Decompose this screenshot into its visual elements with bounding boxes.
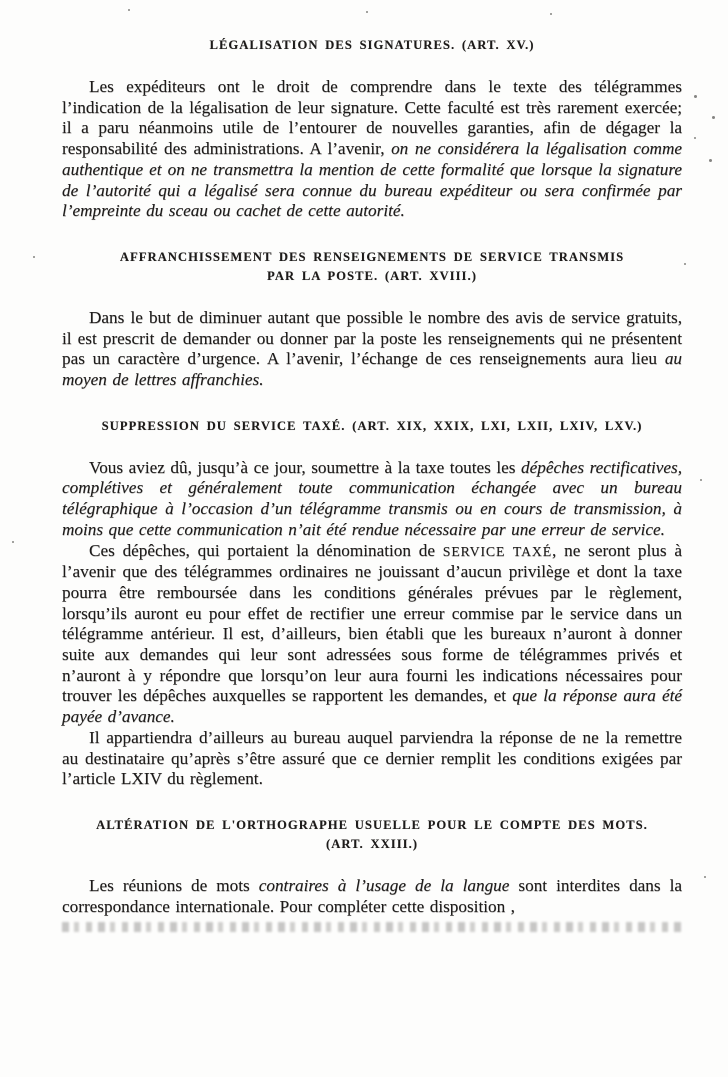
scan-speck: [12, 541, 14, 543]
scan-speck: [366, 11, 368, 13]
scan-speck: [700, 479, 702, 481]
document-section: LÉGALISATION DES SIGNATURES. (ART. XV.)L…: [62, 36, 682, 222]
heading-line: SUPPRESSION DU SERVICE TAXÉ. (ART. XIX, …: [62, 417, 682, 436]
text-run: SERVICE TAXÉ: [443, 544, 552, 559]
text-run: Dans le but de diminuer autant que possi…: [62, 308, 682, 368]
paragraph: Ces dépêches, qui portaient la dénominat…: [62, 541, 682, 728]
text-run: Il appartiendra d’ailleurs au bureau auq…: [62, 728, 682, 788]
heading-line: PAR LA POSTE. (ART. XVIII.): [62, 267, 682, 286]
scan-speck: [704, 876, 706, 878]
scan-speck: [33, 256, 35, 258]
heading-line: ALTÉRATION DE L'ORTHOGRAPHE USUELLE POUR…: [62, 816, 682, 835]
section-heading: AFFRANCHISSEMENT DES RENSEIGNEMENTS DE S…: [62, 248, 682, 286]
scan-speck: [709, 159, 712, 162]
paragraph: Les expéditeurs ont le droit de comprend…: [62, 77, 682, 222]
scanned-page: { "page": { "paper_color": "#fdfdfc", "i…: [0, 0, 728, 1077]
heading-line: AFFRANCHISSEMENT DES RENSEIGNEMENTS DE S…: [62, 248, 682, 267]
scan-speck: [128, 9, 130, 11]
page-content: LÉGALISATION DES SIGNATURES. (ART. XV.)L…: [62, 36, 682, 932]
section-heading: SUPPRESSION DU SERVICE TAXÉ. (ART. XIX, …: [62, 417, 682, 436]
document-section: ALTÉRATION DE L'ORTHOGRAPHE USUELLE POUR…: [62, 816, 682, 917]
ink-ghosting-band: [62, 922, 682, 932]
paragraph: Les réunions de mots contraires à l’usag…: [62, 876, 682, 917]
paragraph: Dans le but de diminuer autant que possi…: [62, 308, 682, 391]
scan-speck: [550, 13, 552, 15]
scan-speck: [684, 263, 686, 265]
text-run: Ces dépêches, qui portaient la dénominat…: [89, 541, 443, 560]
scan-speck: [712, 116, 715, 119]
section-heading: LÉGALISATION DES SIGNATURES. (ART. XV.): [62, 36, 682, 55]
text-run: Les réunions de mots: [89, 876, 259, 895]
scan-speck: [694, 137, 696, 139]
paragraph: Il appartiendra d’ailleurs au bureau auq…: [62, 728, 682, 790]
section-heading: ALTÉRATION DE L'ORTHOGRAPHE USUELLE POUR…: [62, 816, 682, 854]
text-run: Vous aviez dû, jusqu’à ce jour, soumettr…: [89, 458, 521, 477]
document-section: SUPPRESSION DU SERVICE TAXÉ. (ART. XIX, …: [62, 417, 682, 790]
paragraph: Vous aviez dû, jusqu’à ce jour, soumettr…: [62, 458, 682, 541]
text-run: , ne seront plus à l’avenir que des télé…: [62, 541, 682, 706]
document-section: AFFRANCHISSEMENT DES RENSEIGNEMENTS DE S…: [62, 248, 682, 391]
text-run: contraires à l’usage de la langue: [259, 876, 510, 895]
heading-line: (ART. XXIII.): [62, 835, 682, 854]
heading-line: LÉGALISATION DES SIGNATURES. (ART. XV.): [62, 36, 682, 55]
scan-speck: [694, 95, 697, 98]
